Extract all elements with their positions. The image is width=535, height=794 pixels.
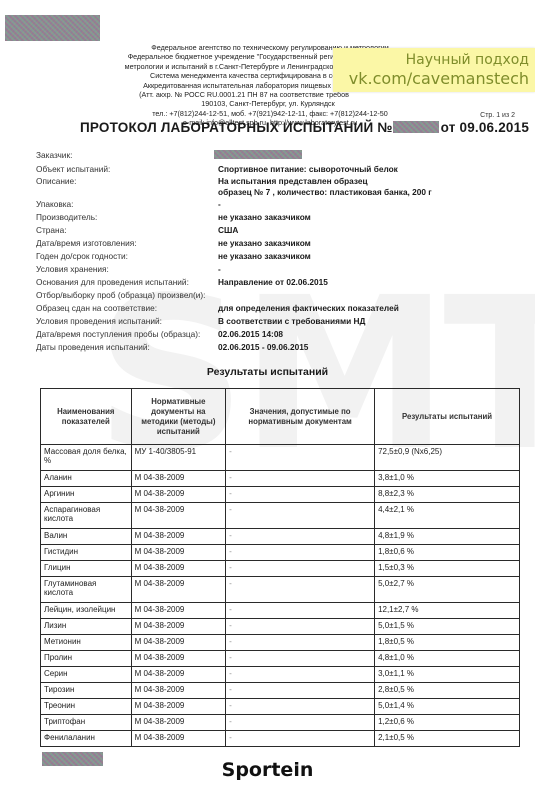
table-row: ГистидинМ 04-38-2009-1,8±0,6 % [41,545,520,561]
cell-result: 12,1±2,7 % [375,603,520,619]
cell-result: 2,1±0,5 % [375,731,520,747]
title-prefix: ПРОТОКОЛ ЛАБОРАТОРНЫХ ИСПЫТАНИЙ № [80,120,393,135]
cell-indicator-name: Лейцин, изолейцин [41,603,132,619]
cell-allowed-value: - [226,651,375,667]
cell-indicator-name: Аланин [41,471,132,487]
field-label: Упаковка: [36,199,73,209]
cell-result: 5,0±2,7 % [375,577,520,603]
cell-method: МУ 1-40/3805-91 [131,445,226,471]
cell-method: М 04-38-2009 [131,715,226,731]
cell-method: М 04-38-2009 [131,529,226,545]
table-row: Лейцин, изолейцинМ 04-38-2009-12,1±2,7 % [41,603,520,619]
table-row: Глутаминовая кислотаМ 04-38-2009-5,0±2,7… [41,577,520,603]
column-header-method: Нормативные документы на методики (метод… [131,389,226,445]
field-label: Образец сдан на соответствие: [36,303,157,313]
field-value: не указано заказчиком [218,238,311,249]
cell-result: 5,0±1,5 % [375,619,520,635]
watermark-banner: Научный подход vk.com/cavemanstech [333,48,535,92]
cell-result: 1,8±0,5 % [375,635,520,651]
field-value: - [218,264,221,275]
cell-allowed-value: - [226,603,375,619]
field-label: Дата/время поступления пробы (образца): [36,329,200,339]
table-row: Массовая доля белка, %МУ 1-40/3805-91-72… [41,445,520,471]
column-header-name: Наименования показателей [41,389,132,445]
cell-allowed-value: - [226,619,375,635]
cell-result: 4,4±2,1 % [375,503,520,529]
cell-indicator-name: Лизин [41,619,132,635]
cell-method: М 04-38-2009 [131,471,226,487]
cell-indicator-name: Валин [41,529,132,545]
column-header-allowed: Значения, допустимые по нормативным доку… [226,389,375,445]
cell-allowed-value: - [226,487,375,503]
cell-allowed-value: - [226,503,375,529]
table-row: МетионинМ 04-38-2009-1,8±0,5 % [41,635,520,651]
table-row: АланинМ 04-38-2009-3,8±1,0 % [41,471,520,487]
cell-result: 5,0±1,4 % [375,699,520,715]
banner-link: vk.com/cavemanstech [333,69,529,88]
cell-allowed-value: - [226,683,375,699]
cell-allowed-value: - [226,731,375,747]
cell-result: 4,8±1,9 % [375,529,520,545]
table-row: ФенилаланинМ 04-38-2009-2,1±0,5 % [41,731,520,747]
cell-result: 3,8±1,0 % [375,471,520,487]
field-label: Заказчик: [36,150,72,160]
cell-method: М 04-38-2009 [131,545,226,561]
field-label: Условия проведения испытаний: [36,316,162,326]
banner-title: Научный подход [333,52,529,69]
field-value: В соответствии с требованиями НД [218,316,365,327]
header-line: тел.: +7(812)244-12-51, моб. +7(921)942-… [20,109,520,118]
cell-indicator-name: Глицин [41,561,132,577]
column-header-result: Результаты испытаний [375,389,520,445]
field-value-line2: образец № 7 , количество: пластиковая ба… [218,187,432,198]
page-indicator: Стр. 1 из 2 [480,112,515,119]
field-label: Страна: [36,225,67,235]
cell-allowed-value: - [226,545,375,561]
cell-indicator-name: Серин [41,667,132,683]
table-row: СеринМ 04-38-2009-3,0±1,1 % [41,667,520,683]
table-row: ЛизинМ 04-38-2009-5,0±1,5 % [41,619,520,635]
redacted-customer [214,150,302,159]
document-title: ПРОТОКОЛ ЛАБОРАТОРНЫХ ИСПЫТАНИЙ №от 09.0… [80,120,529,135]
cell-method: М 04-38-2009 [131,487,226,503]
cell-result: 2,8±0,5 % [375,683,520,699]
cell-indicator-name: Глутаминовая кислота [41,577,132,603]
field-label: Основания для проведения испытаний: [36,277,189,287]
cell-indicator-name: Метионин [41,635,132,651]
field-value: Спортивное питание: сывороточный белок [218,164,398,175]
table-header-row: Наименования показателей Нормативные док… [41,389,520,445]
table-row: ВалинМ 04-38-2009-4,8±1,9 % [41,529,520,545]
header-line: 190103, Санкт-Петербург, ул. Курляндск [20,99,520,108]
title-date: от 09.06.2015 [441,120,529,135]
cell-indicator-name: Тирозин [41,683,132,699]
cell-indicator-name: Массовая доля белка, % [41,445,132,471]
cell-method: М 04-38-2009 [131,619,226,635]
field-label: Объект испытаний: [36,164,110,174]
cell-indicator-name: Фенилаланин [41,731,132,747]
cell-method: М 04-38-2009 [131,731,226,747]
cell-method: М 04-38-2009 [131,603,226,619]
cell-allowed-value: - [226,667,375,683]
cell-method: М 04-38-2009 [131,651,226,667]
field-value: Направление от 02.06.2015 [218,277,328,288]
results-body: Массовая доля белка, %МУ 1-40/3805-91-72… [41,445,520,747]
cell-indicator-name: Гистидин [41,545,132,561]
cell-allowed-value: - [226,561,375,577]
cell-result: 72,5±0,9 (Nx6,25) [375,445,520,471]
cell-allowed-value: - [226,471,375,487]
field-label: Описание: [36,176,76,186]
cell-allowed-value: - [226,715,375,731]
cell-allowed-value: - [226,699,375,715]
field-label: Годен до/срок годности: [36,251,128,261]
field-label: Даты проведения испытаний: [36,342,150,352]
table-row: ПролинМ 04-38-2009-4,8±1,0 % [41,651,520,667]
table-row: Аспарагиновая кислотаМ 04-38-2009-4,4±2,… [41,503,520,529]
cell-allowed-value: - [226,577,375,603]
table-row: ТриптофанМ 04-38-2009-1,2±0,6 % [41,715,520,731]
field-value: не указано заказчиком [218,251,311,262]
cell-result: 1,5±0,3 % [375,561,520,577]
table-row: ГлицинМ 04-38-2009-1,5±0,3 % [41,561,520,577]
field-label: Отбор/выборку проб (образца) произвел(и)… [36,290,205,300]
table-row: ТирозинМ 04-38-2009-2,8±0,5 % [41,683,520,699]
cell-result: 3,0±1,1 % [375,667,520,683]
field-label: Дата/время изготовления: [36,238,137,248]
cell-result: 8,8±2,3 % [375,487,520,503]
cell-method: М 04-38-2009 [131,667,226,683]
cell-allowed-value: - [226,635,375,651]
cell-method: М 04-38-2009 [131,683,226,699]
cell-indicator-name: Аспарагиновая кислота [41,503,132,529]
field-value: На испытания представлен образец [218,176,368,187]
cell-allowed-value: - [226,445,375,471]
redacted-protocol-number [393,121,439,133]
redacted-logo [5,15,100,41]
field-value: для определения фактических показателей [218,303,399,314]
cell-indicator-name: Триптофан [41,715,132,731]
table-row: ТреонинМ 04-38-2009-5,0±1,4 % [41,699,520,715]
table-row: АргининМ 04-38-2009-8,8±2,3 % [41,487,520,503]
cell-result: 4,8±1,0 % [375,651,520,667]
cell-allowed-value: - [226,529,375,545]
field-value: 02.06.2015 - 09.06.2015 [218,342,308,353]
field-label: Производитель: [36,212,97,222]
cell-method: М 04-38-2009 [131,577,226,603]
cell-method: М 04-38-2009 [131,561,226,577]
field-value: не указано заказчиком [218,212,311,223]
cell-result: 1,2±0,6 % [375,715,520,731]
cell-method: М 04-38-2009 [131,699,226,715]
cell-method: М 04-38-2009 [131,635,226,651]
cell-indicator-name: Пролин [41,651,132,667]
brand-caption: Sportein [0,759,535,781]
cell-indicator-name: Аргинин [41,487,132,503]
field-value: США [218,225,238,236]
field-label: Условия хранения: [36,264,109,274]
field-value: - [218,199,221,210]
cell-result: 1,8±0,6 % [375,545,520,561]
results-table: Наименования показателей Нормативные док… [40,388,520,747]
results-title: Результаты испытаний [0,366,535,378]
field-value: 02.06.2015 14:08 [218,329,283,340]
cell-method: М 04-38-2009 [131,503,226,529]
cell-indicator-name: Треонин [41,699,132,715]
